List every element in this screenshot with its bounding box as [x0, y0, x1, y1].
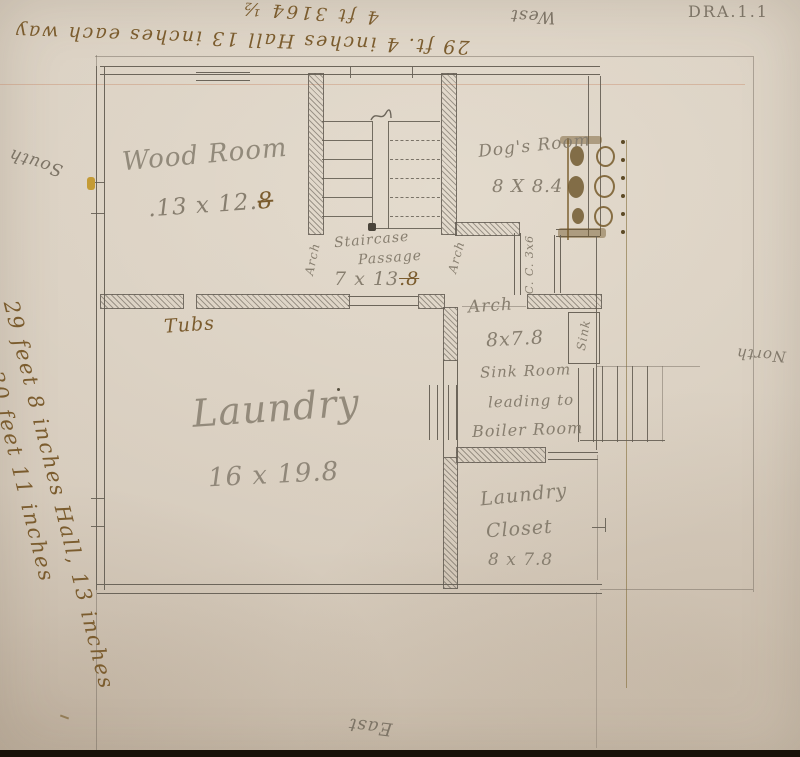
closet-corner-tick-h — [592, 527, 605, 528]
stair-tread-dashed — [390, 216, 440, 217]
staircase-label-line1: Staircase — [333, 229, 409, 252]
sink-room-dims: 8x7.8 — [485, 326, 544, 351]
compass-east: East — [347, 713, 394, 739]
ink-circle — [594, 175, 615, 198]
dogs-room-dims: 8 X 8.4 — [492, 176, 563, 197]
tubs-wall-segment — [196, 294, 350, 309]
laundry-dims: 16 x 19.8 — [207, 457, 340, 494]
ink-dot — [621, 176, 625, 180]
stair-tread — [322, 216, 372, 217]
cc-corridor-wall-left — [514, 233, 521, 295]
ink-dot — [621, 230, 625, 234]
red-guide-line — [0, 84, 745, 85]
stair-stringer-left — [372, 121, 373, 229]
tubs-wall-segment — [100, 294, 184, 309]
wall-bottom — [97, 584, 602, 594]
closet-dims: 8 x 7.8 — [488, 550, 553, 570]
ink-dot — [621, 194, 625, 198]
stair-wall-right — [441, 73, 457, 235]
drawing-number: DRA.1.1 — [688, 2, 769, 21]
stair-break-mark — [369, 108, 393, 124]
cc-corridor-wall-right — [554, 235, 561, 293]
stair-wall-left — [308, 73, 324, 235]
ink-dot — [621, 140, 625, 144]
stair-tread-dashed — [390, 197, 440, 198]
closet-north-wall — [456, 447, 546, 463]
laundry-label: Laundry — [191, 380, 361, 436]
stair-tread — [322, 140, 372, 141]
ink-blob — [572, 208, 584, 224]
closet-label-line1: Laundry — [479, 479, 568, 510]
step-line — [632, 366, 633, 442]
ink-circle — [596, 146, 615, 167]
step-bottom-line — [580, 440, 665, 441]
tubs-label: Tubs — [163, 312, 215, 337]
arch-label-right-vertical: Arch — [445, 239, 467, 274]
closet-inner-line — [597, 455, 598, 580]
compass-north: North — [735, 344, 786, 365]
floor-plan-sheet: Wood Room .13 x 12.8 Dog's Room 8 X 8.4 … — [0, 0, 800, 757]
sink-room-north-wall — [527, 294, 602, 309]
wood-room-dims-main: .13 x 12. — [147, 189, 258, 223]
closet-label-line2: Closet — [485, 516, 553, 543]
dog-room-wall-right-inner — [588, 76, 589, 236]
window-left-tick-3 — [91, 498, 105, 499]
stair-tread-dashed — [390, 140, 440, 141]
fixture-slim-rect — [448, 385, 457, 440]
stair-tread — [322, 178, 372, 179]
closet-corner-tick-v — [605, 518, 606, 532]
staircase-dims-struck: .8 — [399, 268, 419, 290]
tubs-wall-segment — [418, 294, 445, 309]
stair-landing-line-left — [322, 121, 372, 122]
stair-stringer-right — [388, 121, 389, 229]
door-tick-top-2 — [412, 67, 413, 78]
staircase-dims-main: 7 x 13 — [334, 268, 399, 290]
window-top — [196, 72, 250, 81]
wall-bottom-extension — [600, 589, 753, 590]
top-note-small: 4 ft 3164 ½ — [239, 0, 379, 28]
step-line — [647, 366, 648, 442]
step-line — [617, 366, 618, 442]
ink-dot — [621, 212, 625, 216]
divider-wall-segment — [443, 457, 458, 589]
dog-room-wall-bottom — [455, 222, 520, 236]
step-line — [602, 366, 603, 442]
sink-room-line2: leading to — [488, 391, 575, 412]
tub-outline — [348, 296, 418, 306]
step-line-outer — [662, 366, 663, 442]
stair-newel-post — [368, 223, 376, 231]
wall-left — [96, 66, 105, 590]
closet-north-wall-right — [548, 452, 598, 460]
guide-line-right — [753, 56, 754, 592]
stair-tread — [322, 159, 372, 160]
stair-landing-line-right — [388, 121, 440, 122]
sink-room-line3: Boiler Room — [472, 418, 584, 441]
ink-circle — [594, 206, 613, 227]
wood-room-dims-struck: 8 — [257, 188, 274, 215]
window-left-tick-4 — [91, 526, 105, 527]
olive-guide-line — [626, 140, 627, 688]
compass-west: West — [510, 5, 557, 27]
yellow-paint-spot — [87, 177, 95, 190]
step-top-line — [596, 366, 700, 367]
ink-speck — [60, 715, 69, 720]
stair-tread-dashed — [390, 159, 440, 160]
wood-room-dims: .13 x 12.8 — [147, 188, 274, 223]
stair-tread — [322, 197, 372, 198]
arch-room-label: Arch — [467, 294, 513, 317]
guide-line-bottom-right — [596, 592, 597, 748]
wood-room-label: Wood Room — [121, 133, 289, 177]
brown-ink-smudge-bottom — [558, 228, 606, 238]
stair-tread-dashed — [390, 178, 440, 179]
compass-south: South — [6, 144, 65, 180]
staircase-dims: 7 x 13.8 — [334, 268, 419, 290]
divider-wall-segment — [443, 307, 458, 361]
ink-dot — [621, 158, 625, 162]
arch-label-left-vertical: Arch — [302, 241, 323, 276]
door-tick-top-1 — [350, 67, 351, 78]
scan-edge-strip — [0, 750, 800, 757]
window-left-tick-2 — [91, 213, 105, 214]
sink-room-line1: Sink Room — [480, 360, 572, 381]
fixture-slim-rect — [429, 385, 438, 440]
cc-closet-label: C. C. 3x6 — [523, 235, 536, 294]
ink-blob — [568, 176, 584, 198]
top-note-long: 29 ft. 4 inches Hall 13 inches each way — [14, 20, 470, 58]
staircase-label-line2: Passage — [358, 248, 423, 268]
